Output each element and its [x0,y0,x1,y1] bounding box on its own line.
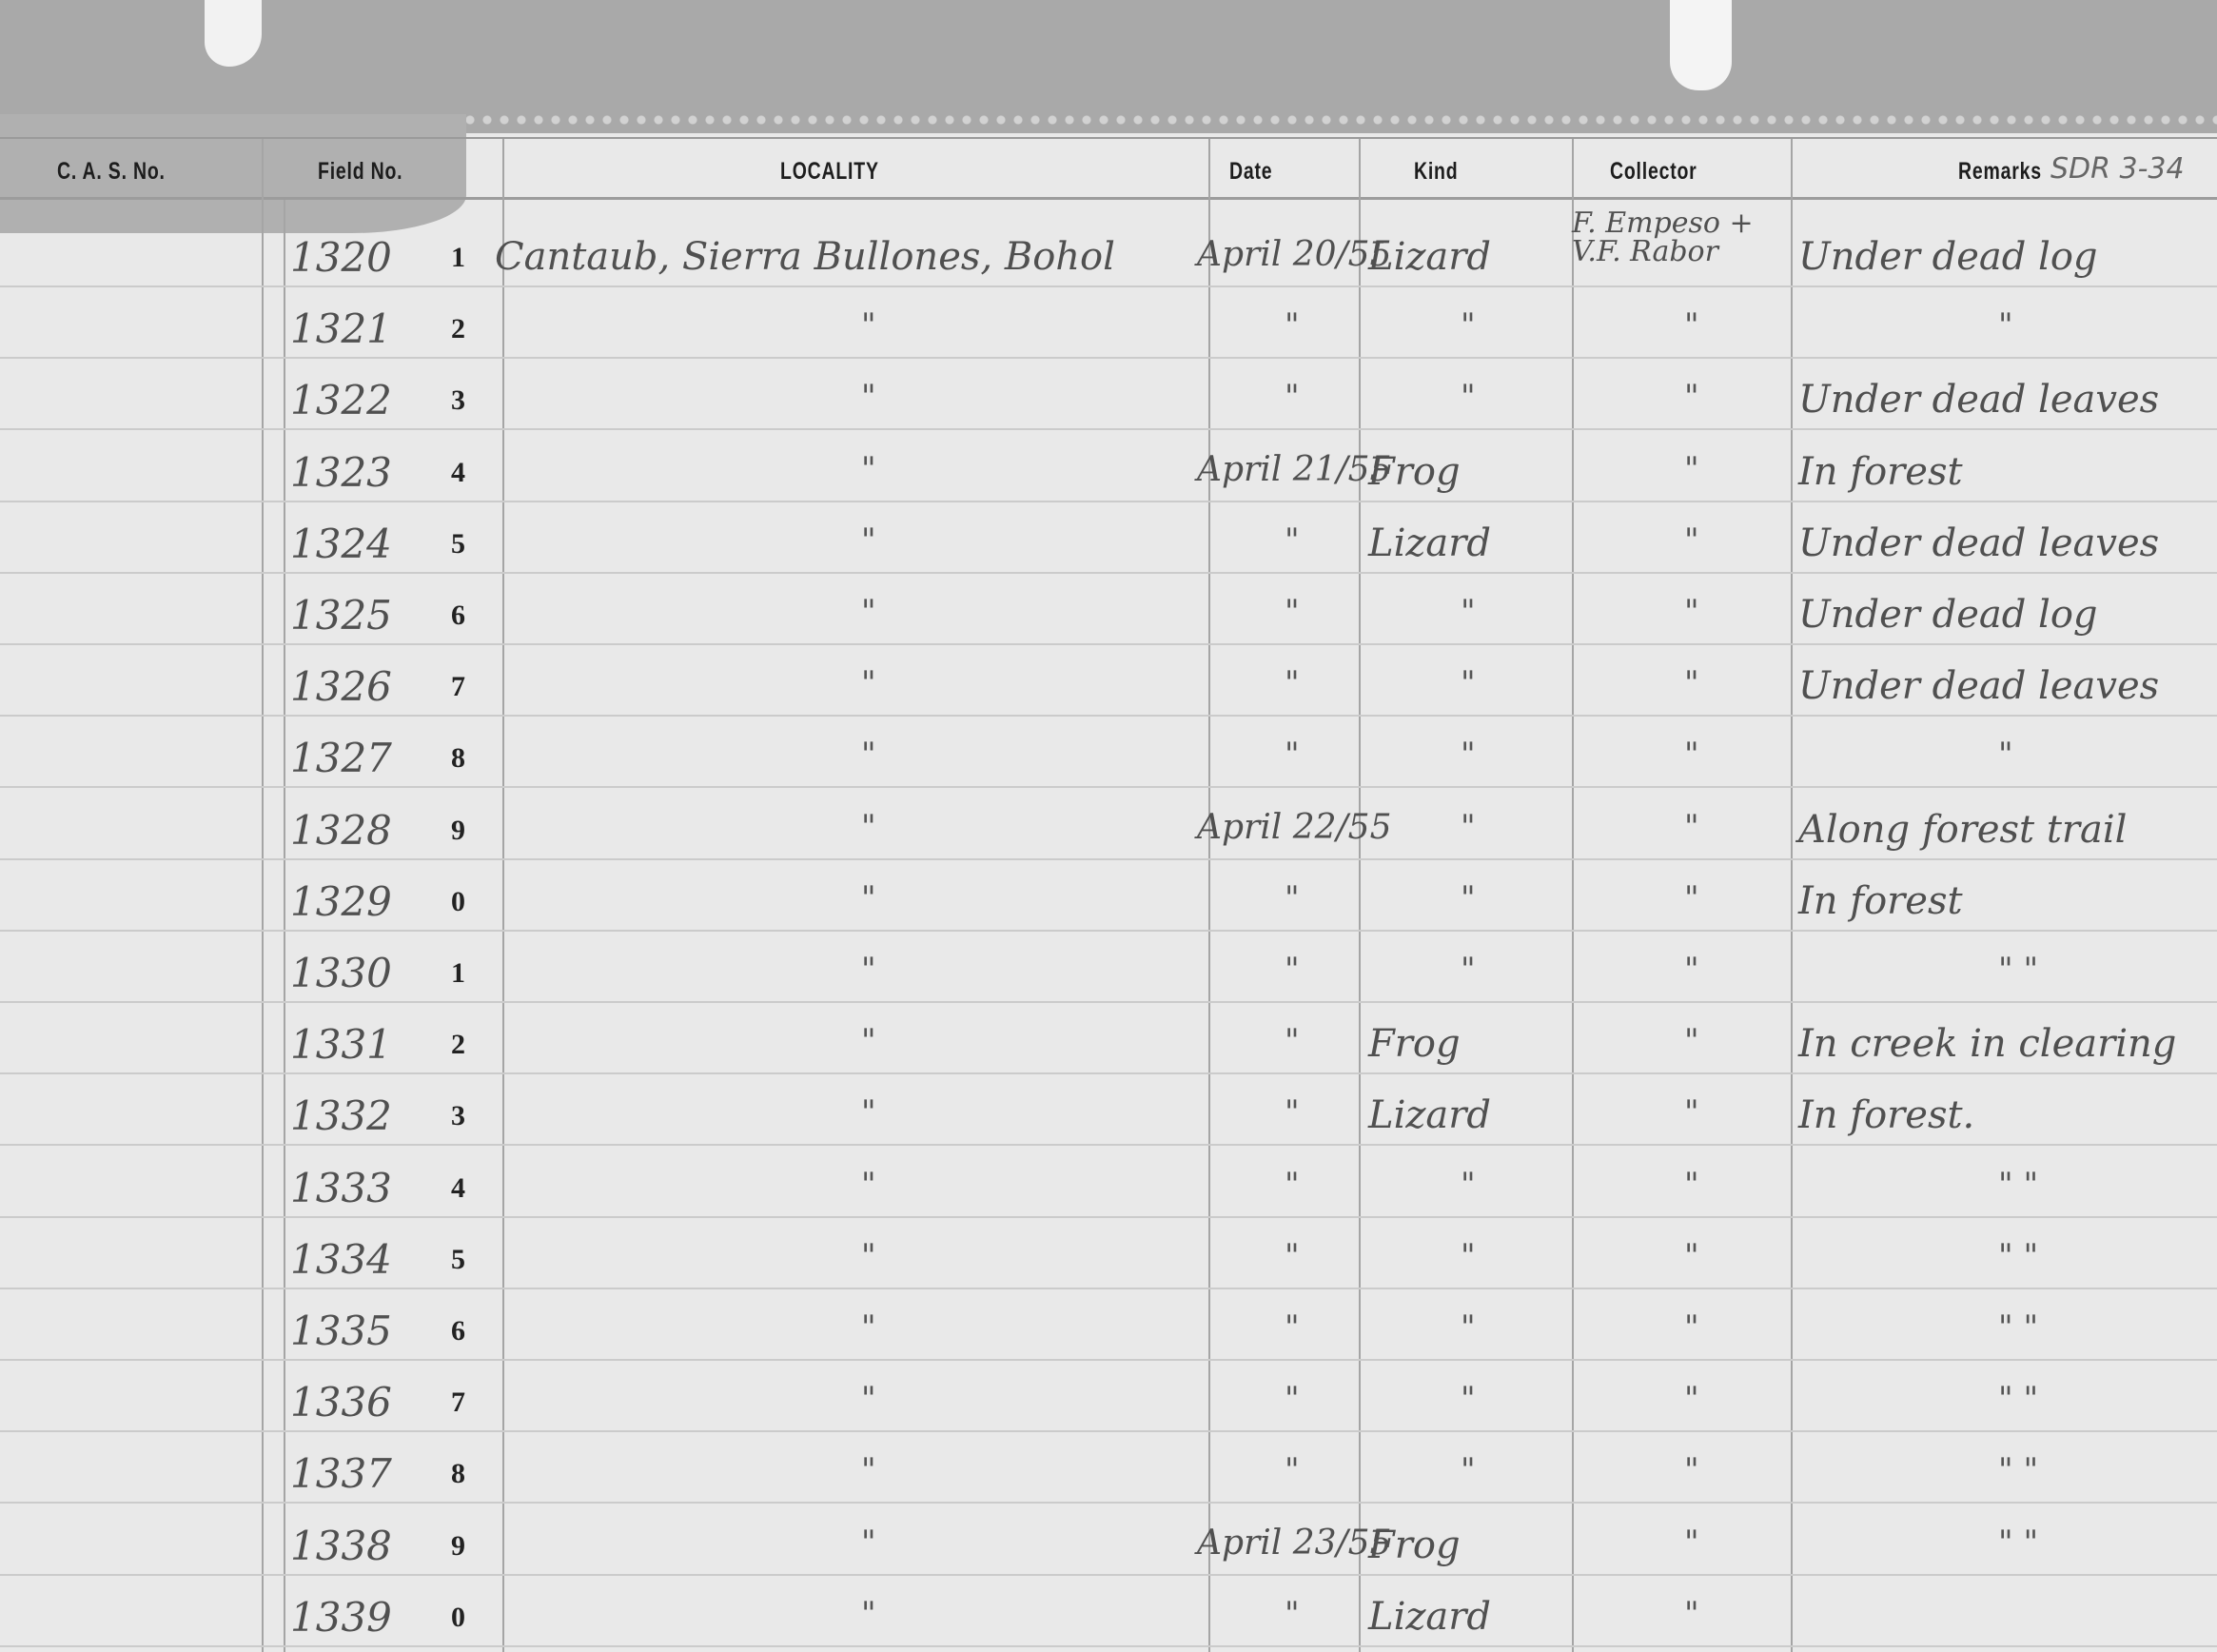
cell-cas: 1321 [290,309,392,349]
cell-field: 5 [451,528,465,560]
cell-field: 7 [451,1386,465,1419]
cell-locality: " [861,596,876,628]
cell-remarks: " " [1998,1383,2038,1415]
cell-remarks: Under dead log [1798,596,2098,634]
cell-locality: " [861,453,876,485]
cell-collector: " [1684,1096,1699,1129]
row-rule [0,285,2217,287]
cell-remarks: Under dead log [1798,238,2098,276]
cell-locality: " [861,882,876,914]
cell-kind: Lizard [1368,238,1491,276]
cell-cas: 1337 [290,1454,392,1494]
cell-cas: 1331 [290,1025,392,1065]
cell-field: 0 [451,1602,465,1634]
row-rule [0,1144,2217,1146]
cell-kind: " [1461,1454,1476,1486]
cell-date: " [1285,1383,1300,1415]
cell-locality: " [861,1526,876,1559]
cell-remarks: " " [1998,1526,2038,1559]
cell-date: " [1285,882,1300,914]
cell-locality: " [861,1383,876,1415]
cell-locality: " [861,667,876,699]
cell-collector: " [1684,811,1699,843]
header-rule-bottom [0,197,2217,200]
cell-cas: 1327 [290,738,392,778]
cell-kind: Lizard [1368,524,1491,562]
column-rule [1572,139,1574,1652]
cell-kind: " [1461,882,1476,914]
paper-tear [1670,0,1732,90]
header-locality: LOCALITY [780,158,879,187]
cell-collector: " [1684,524,1699,557]
cell-remarks: In forest [1798,453,1963,491]
cell-date: " [1285,1454,1300,1486]
cell-date: " [1285,1025,1300,1057]
column-rule [1359,139,1361,1652]
cell-locality: " [861,1311,876,1344]
cell-collector: " [1684,1383,1699,1415]
cell-collector: " [1684,1240,1699,1272]
cell-date: " [1285,738,1300,771]
cell-kind: " [1461,954,1476,986]
cell-kind: Frog [1368,1025,1461,1063]
row-rule [0,1288,2217,1289]
cell-field: 1 [451,957,465,990]
cell-cas: 1332 [290,1096,392,1136]
cell-collector: " [1684,309,1699,342]
cell-field: 4 [451,457,465,489]
row-rule [0,1359,2217,1361]
cell-cas: 1336 [290,1383,392,1423]
cell-cas: 1330 [290,954,392,993]
row-rule [0,1001,2217,1003]
cell-date: " [1285,1311,1300,1344]
cell-remarks: " [1998,738,2013,771]
remarks-annotation: SDR 3-34 [2050,152,2185,186]
cell-collector: " [1684,453,1699,485]
cell-kind: " [1461,309,1476,342]
cell-date: April 22/55 [1197,811,1391,845]
cell-field: 4 [451,1172,465,1205]
cell-remarks: Along forest trail [1798,811,2127,849]
row-rule [0,643,2217,645]
cell-cas: 1323 [290,453,392,493]
cell-field: 7 [451,671,465,703]
row-rule [0,786,2217,788]
cell-cas: 1335 [290,1311,392,1351]
cell-locality: " [861,524,876,557]
cell-remarks: Under dead leaves [1798,381,2159,419]
cell-kind: " [1461,596,1476,628]
cell-remarks: " " [1998,1311,2038,1344]
cell-collector: " [1684,738,1699,771]
row-rule [0,357,2217,359]
cell-remarks: " " [1998,1240,2038,1272]
cell-date: April 23/55 [1197,1526,1391,1561]
cell-kind: " [1461,381,1476,413]
cell-cas: 1328 [290,811,392,851]
column-rule [1208,139,1210,1652]
cell-field: 1 [451,242,465,274]
cell-kind: Lizard [1368,1096,1491,1134]
cell-locality: " [861,811,876,843]
cell-collector: " [1684,954,1699,986]
cell-cas: 1325 [290,596,392,636]
cell-date: " [1285,1169,1300,1201]
cell-date: April 21/55 [1197,453,1391,487]
cell-collector: " [1684,1454,1699,1486]
row-rule [0,572,2217,574]
cell-field: 6 [451,600,465,632]
cell-field: 8 [451,1458,465,1490]
cell-field: 9 [451,1530,465,1563]
cell-field: 6 [451,1315,465,1347]
row-rule [0,1072,2217,1074]
cell-collector: " [1684,1025,1699,1057]
cell-field: 3 [451,1100,465,1132]
cell-remarks: " " [1998,954,2038,986]
cell-date: " [1285,524,1300,557]
cell-cas: 1324 [290,524,392,564]
cell-remarks: In creek in clearing [1798,1025,2176,1063]
row-rule [0,715,2217,717]
cell-locality: " [861,738,876,771]
cell-remarks: In forest [1798,882,1963,920]
cell-locality: " [861,1169,876,1201]
cell-date: " [1285,1598,1300,1630]
cell-field: 0 [451,886,465,918]
cell-remarks: " [1998,309,2013,342]
cell-kind: " [1461,667,1476,699]
cell-field: 8 [451,742,465,775]
column-rule [1791,139,1793,1652]
cell-locality: " [861,1454,876,1486]
cell-collector: " [1684,381,1699,413]
cell-field: 2 [451,1029,465,1061]
cell-locality: " [861,1025,876,1057]
cell-collector: F. Empeso + V.F. Rabor [1572,209,1791,266]
row-rule [0,1645,2217,1647]
row-rule [0,858,2217,860]
cell-cas: 1339 [290,1598,392,1638]
cell-date: " [1285,381,1300,413]
cell-kind: " [1461,811,1476,843]
cell-remarks: Under dead leaves [1798,524,2159,562]
cell-cas: 1326 [290,667,392,707]
cell-kind: " [1461,1169,1476,1201]
cell-field: 2 [451,313,465,345]
cell-remarks: In forest. [1798,1096,1974,1134]
cell-locality: " [861,954,876,986]
cell-locality: " [861,1598,876,1630]
cell-date: April 20/55 [1197,238,1391,272]
cell-remarks: Under dead leaves [1798,667,2159,705]
cell-field: 9 [451,815,465,847]
header-date: Date [1229,158,1272,187]
row-rule [0,1216,2217,1218]
cell-cas: 1329 [290,882,392,922]
cell-date: " [1285,954,1300,986]
cell-kind: " [1461,1240,1476,1272]
cell-kind: " [1461,1311,1476,1344]
cell-collector: " [1684,1311,1699,1344]
column-rule [284,200,285,1652]
cell-cas: 1320 [290,238,392,278]
cell-collector: " [1684,1526,1699,1559]
cell-kind: " [1461,738,1476,771]
row-rule [0,1502,2217,1504]
cell-collector: " [1684,1169,1699,1201]
row-rule [0,1574,2217,1576]
header-field-no: Field No. [318,158,402,187]
cell-date: " [1285,1240,1300,1272]
cell-cas: 1333 [290,1169,392,1209]
cell-remarks: " " [1998,1454,2038,1486]
header-rule-top [0,137,2217,139]
cell-date: " [1285,309,1300,342]
cell-field: 3 [451,384,465,417]
column-rule [502,139,504,1652]
cell-locality: " [861,1096,876,1129]
header-remarks: Remarks [1958,158,2042,187]
row-rule [0,501,2217,502]
cell-kind: Frog [1368,453,1461,491]
header-kind: Kind [1414,158,1458,187]
row-rule [0,1430,2217,1432]
cell-locality: Cantaub, Sierra Bullones, Bohol [495,238,1115,276]
header-cas-no: C. A. S. No. [57,158,166,187]
cell-collector: " [1684,1598,1699,1630]
column-rule [262,139,264,1652]
cell-date: " [1285,596,1300,628]
cell-collector: " [1684,596,1699,628]
cell-collector: " [1684,667,1699,699]
cell-date: " [1285,1096,1300,1129]
header-collector: Collector [1610,158,1697,187]
row-rule [0,930,2217,932]
cell-field: 5 [451,1244,465,1276]
cell-kind: Frog [1368,1526,1461,1564]
cell-cas: 1322 [290,381,392,421]
cell-cas: 1338 [290,1526,392,1566]
cell-locality: " [861,381,876,413]
cell-collector: " [1684,882,1699,914]
row-rule [0,428,2217,430]
cell-kind: " [1461,1383,1476,1415]
cell-locality: " [861,309,876,342]
cell-locality: " [861,1240,876,1272]
cell-remarks: " " [1998,1169,2038,1201]
cell-cas: 1334 [290,1240,392,1280]
cell-date: " [1285,667,1300,699]
cell-kind: Lizard [1368,1598,1491,1636]
